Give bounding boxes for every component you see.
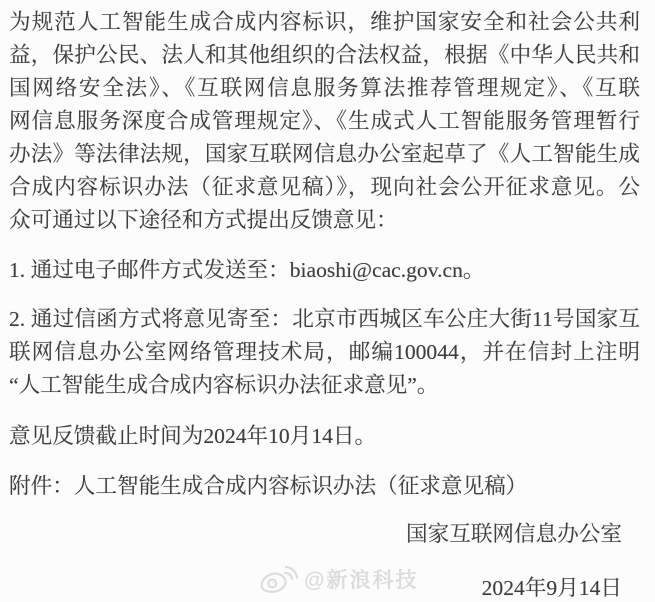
signature-paragraph: 国家互联网信息办公室 bbox=[9, 518, 640, 551]
text-line: 联网信息办公室网络管理技术局，邮编100044，并在信封上注明 bbox=[9, 336, 640, 369]
watermark-handle: @新浪科技 bbox=[304, 564, 418, 594]
attachment-paragraph: 附件：人工智能生成合成内容标识办法（征求意见稿） bbox=[9, 470, 640, 503]
intro-paragraph: 为规范人工智能生成合成内容标识，维护国家安全和社会公共利 益，保护公民、法人和其… bbox=[9, 6, 640, 237]
attachment-line: 附件：人工智能生成合成内容标识办法（征求意见稿） bbox=[9, 470, 640, 503]
text-line: 益，保护公民、法人和其他组织的合法权益，根据《中华人民共和 bbox=[9, 39, 640, 72]
deadline-line: 意见反馈截止时间为2024年10月14日。 bbox=[9, 420, 640, 453]
text-line: 众可通过以下途径和方式提出反馈意见： bbox=[9, 204, 640, 237]
weibo-icon bbox=[258, 564, 298, 594]
deadline-paragraph: 意见反馈截止时间为2024年10月14日。 bbox=[9, 420, 640, 453]
text-line: 网信息服务深度合成管理规定》、《生成式人工智能服务管理暂行 bbox=[9, 105, 640, 138]
email-line: 1. 通过电子邮件方式发送至：biaoshi@cac.gov.cn。 bbox=[9, 254, 640, 287]
feedback-mail-paragraph: 2. 通过信函方式将意见寄至：北京市西城区车公庄大街11号国家互 联网信息办公室… bbox=[9, 303, 640, 402]
text-line: 为规范人工智能生成合成内容标识，维护国家安全和社会公共利 bbox=[9, 6, 640, 39]
text-line: “人工智能生成合成内容标识办法征求意见”。 bbox=[9, 369, 640, 402]
feedback-email-paragraph: 1. 通过电子邮件方式发送至：biaoshi@cac.gov.cn。 bbox=[9, 254, 640, 287]
text-line: 办法》等法律法规，国家互联网信息办公室起草了《人工智能生成 bbox=[9, 138, 640, 171]
watermark: @新浪科技 bbox=[258, 564, 418, 594]
signature-line: 国家互联网信息办公室 bbox=[9, 518, 622, 551]
text-line: 2. 通过信函方式将意见寄至：北京市西城区车公庄大街11号国家互 bbox=[9, 303, 640, 336]
text-line: 合成内容标识办法（征求意见稿）》，现向社会公开征求意见。公 bbox=[9, 171, 640, 204]
text-line: 国网络安全法》、《互联网信息服务算法推荐管理规定》、《互联 bbox=[9, 72, 640, 105]
announcement-document: 为规范人工智能生成合成内容标识，维护国家安全和社会公共利 益，保护公民、法人和其… bbox=[0, 0, 655, 602]
